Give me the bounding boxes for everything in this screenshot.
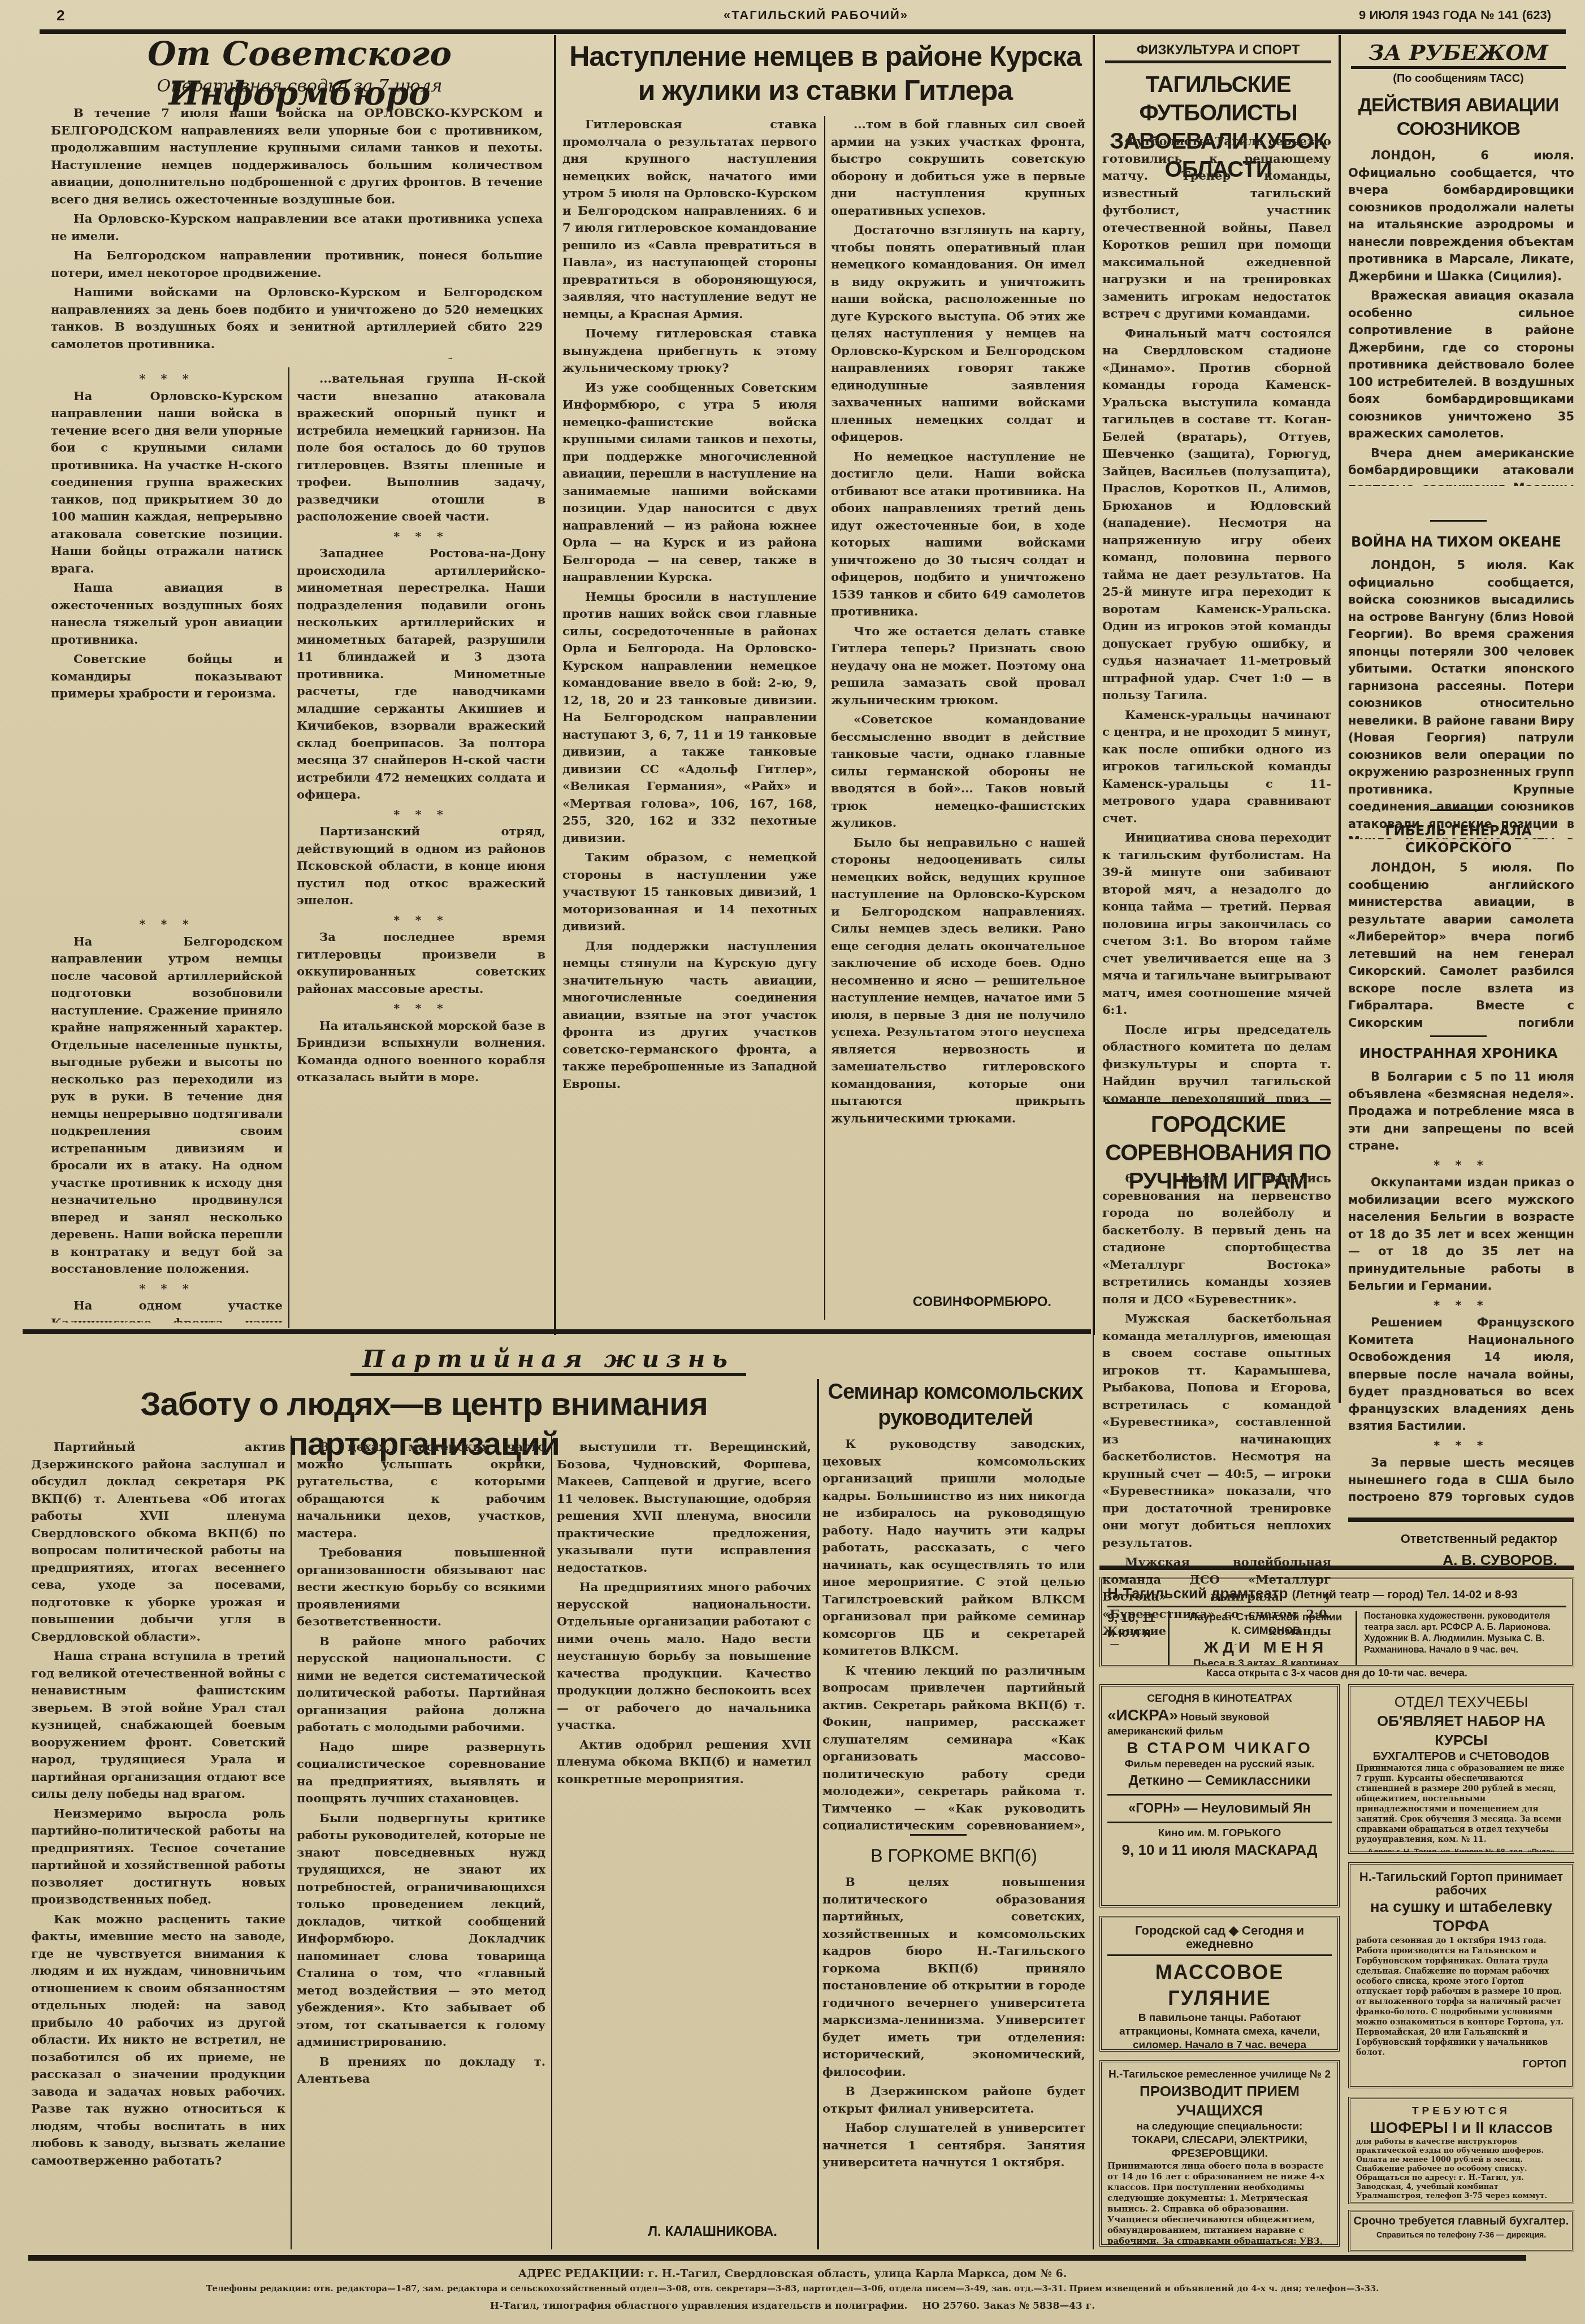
ad-gortop: Н.-Тагильский Гортоп принимает рабочих н…: [1348, 1862, 1574, 2088]
paragraph: Каменск-уральцы начинают с центра, и не …: [1102, 706, 1331, 827]
abroad-title2: ВОЙНА НА ТИХОМ ОКЕАНЕ: [1351, 534, 1577, 550]
column-divider: [288, 367, 289, 1328]
footer-printer: Н-Тагил, типография областного управлени…: [0, 2300, 1585, 2312]
garden-body: В павильоне танцы. Работают аттракционы,…: [1107, 2011, 1332, 2052]
footer-printer-text: Н-Тагил, типография областного управлени…: [490, 2300, 908, 2312]
theater-box-office: Касса открыта с 3-х часов дня до 10-ти ч…: [1099, 1667, 1574, 1679]
column-divider: [1093, 1334, 1094, 2249]
paragraph: Вражеская авиация оказала особенно сильн…: [1348, 287, 1574, 443]
editor-label: Ответственный редактор: [1348, 1532, 1557, 1546]
paragraph: Мужская баскетбольная команда металлурго…: [1102, 1310, 1331, 1551]
school-body: Принимаются лица обоего пола в возрасте …: [1107, 2161, 1332, 2247]
abroad-section-label: ЗА РУБЕЖОМ: [1351, 40, 1566, 69]
ad-garden: Городской сад ◆ Сегодня и ежедневно МАСС…: [1099, 1916, 1340, 2052]
column-divider: [824, 116, 825, 1320]
cinema-film-note: Фильм переведен на русский язык.: [1107, 1758, 1332, 1771]
ad-drivers: ТРЕБУЮТСЯ ШОФЕРЫ I и II классов для рабо…: [1348, 2097, 1574, 2204]
abroad-body2: ЛОНДОН, 5 июля. Как официально сообщаетс…: [1348, 557, 1574, 839]
party-col3: выступили тт. Верещинский, Бозова, Чудно…: [557, 1438, 811, 2207]
paragraph: За последнее время гитлеровцы произвели …: [297, 929, 545, 998]
paragraph: выступили тт. Верещинский, Бозова, Чудно…: [557, 1438, 811, 1576]
paragraph: К чтению лекций по различным вопросам пр…: [822, 1662, 1085, 1832]
kursk-col1: Гитлеровская ставка промолчала о результ…: [562, 116, 817, 1320]
abroad-body3: ЛОНДОН, 5 июля. По сообщению английского…: [1348, 859, 1574, 1029]
section-rule: [1430, 809, 1487, 811]
paragraph: Неизмеримо выросла роль партийно-политич…: [31, 1805, 285, 1909]
paragraph: Но немецкое наступление не достигло цели…: [831, 448, 1085, 621]
paragraph: Надо шире развернуть социалистическое со…: [297, 1738, 545, 1807]
column-divider: [1339, 35, 1341, 1403]
section-rule: [910, 1834, 967, 1836]
theater-play: ЖДИ МЕНЯ: [1176, 1638, 1356, 1657]
techucheba-title: ОБ'ЯВЛЯЕТ НАБОР НА КУРСЫ: [1356, 1711, 1566, 1750]
cinema-kids: Деткино — Семиклассники: [1107, 1771, 1332, 1790]
kursk-title-line1: Наступление немцев в районе Курска: [562, 40, 1088, 73]
paragraph: Актив одобрил решения XVII пленума обком…: [557, 1736, 811, 1788]
paragraph: ЛОНДОН, 5 июля. Как официально сообщаетс…: [1348, 557, 1574, 839]
drivers-title: ШОФЕРЫ I и II классов: [1356, 2118, 1566, 2137]
section-rule: [1430, 520, 1487, 522]
column-divider: [554, 35, 556, 1335]
paragraph: Оккупантами издан приказ о мобилизации в…: [1348, 1174, 1574, 1295]
paragraph: По уточненным данным за 6 июля в воздушн…: [51, 355, 543, 359]
ad-techucheba: ОТДЕЛ ТЕХУЧЕБЫ ОБ'ЯВЛЯЕТ НАБОР НА КУРСЫ …: [1348, 1684, 1574, 1854]
paragraph: На одном участке Калининского фронта наш…: [51, 1297, 283, 1323]
column-divider: [817, 1379, 819, 2249]
paragraph: «Советское командование бессмысленно вво…: [831, 711, 1085, 832]
paragraph: Набор слушателей в университет начнется …: [822, 2119, 1085, 2171]
section-rule: [1348, 1517, 1574, 1522]
paragraph: На Белгородском направлении противник, п…: [51, 247, 543, 281]
paragraph: Были подвергнуты критике работы руководи…: [297, 1810, 545, 2051]
paragraph: В прениях по докладу т. Алентьева: [297, 2053, 545, 2088]
drivers-wanted: ТРЕБУЮТСЯ: [1356, 2105, 1566, 2118]
techucheba-address: Адрес: г. Н.-Тагил, ул. Кирова № 58, тел…: [1356, 1845, 1566, 1854]
column-divider: [1093, 35, 1095, 1335]
abroad-body: ЛОНДОН, 6 июля. Официально сообщается, ч…: [1348, 147, 1574, 486]
paragraph: Почему гитлеровская ставка вынуждена при…: [562, 325, 817, 377]
theater-laureate: Лауреат Сталинской премии: [1176, 1611, 1356, 1624]
paragraph: Партийный актив Дзержинского района засл…: [31, 1438, 285, 1645]
masthead-rule: [40, 29, 1566, 34]
section-rule: [1430, 1035, 1487, 1037]
sport-body: Футболисты Тагила серьезно готовились к …: [1102, 133, 1331, 1102]
paragraph: Немцы бросили в наступление против наших…: [562, 588, 817, 847]
paragraph: Что же остается делать ставке Гитлера те…: [831, 623, 1085, 709]
abroad-title: ДЕЙСТВИЯ АВИАЦИИ СОЮЗНИКОВ: [1351, 93, 1566, 141]
kursk-title-line2: и жулики из ставки Гитлера: [562, 73, 1088, 107]
party-col1: Партийный актив Дзержинского района засл…: [31, 1438, 285, 2247]
footer-rule: [28, 2255, 1526, 2261]
paragraph: Финальный матч состоялся на Свердловском…: [1102, 325, 1331, 704]
cinema-gorn: «ГОРН» — Неуловимый Ян: [1107, 1799, 1332, 1818]
paragraph: В течение 7 июля наши войска на ОРЛОВСКО…: [51, 105, 543, 208]
seminar-title: Семинар комсомольских руководителей: [820, 1379, 1091, 1431]
paragraph: Из уже сообщенных Советским Информбюро, …: [562, 379, 817, 586]
theater-venue: (Летний театр — город) Тел. 14-02 и 8-93: [1292, 1589, 1518, 1601]
school-title: ПРОИЗВОДИТ ПРИЕМ УЧАЩИХСЯ: [1107, 2082, 1332, 2120]
theater-month: июля: [1107, 1625, 1168, 1640]
abroad-title3: ГИБЕЛЬ ГЕНЕРАЛА СИКОРСКОГО: [1351, 822, 1566, 856]
seminar-title2: В ГОРКОМЕ ВКП(б): [822, 1845, 1085, 1866]
gortop-title: на сушку и штабелевку ТОРФА: [1356, 1897, 1566, 1936]
newspaper-name: «ТАГИЛЬСКИЙ РАБОЧИЙ»: [724, 8, 908, 23]
drivers-body: для работы в качестве инструкторов практ…: [1356, 2137, 1566, 2201]
theater-name: Н-Тагильский драмтеатр: [1107, 1585, 1288, 1602]
sovinform-col-right: ...вательная группа Н-ской части внезапн…: [297, 370, 545, 1325]
paragraph: Требования повышенной организованности о…: [297, 1544, 545, 1631]
paragraph: Футболисты Тагила серьезно готовились к …: [1102, 133, 1331, 323]
paragraph: Наша авиация в ожесточенных воздушных бо…: [51, 579, 283, 648]
paragraph: В районе много рабочих нерусской национа…: [297, 1633, 545, 1736]
paragraph: Инициатива снова переходит к тагильским …: [1102, 829, 1331, 1019]
sovinform-lead: В течение 7 июля наши войска на ОРЛОВСКО…: [51, 105, 543, 359]
gortop-header: Н.-Тагильский Гортоп принимает рабочих: [1356, 1870, 1566, 1897]
gortop-body: работа сезонная до 1 октября 1943 года. …: [1356, 1936, 1566, 2058]
theater-play-note: Пьеса в 3 актах, 8 картинах: [1176, 1657, 1356, 1667]
kursk-signature: СОВИНФОРМБЮРО.: [831, 1294, 1074, 1310]
paragraph: Таким образом, с немецкой стороны в наст…: [562, 849, 817, 935]
paragraph: Для поддержки наступления немцы стянули …: [562, 938, 817, 1093]
techucheba-subtitle: БУХГАЛТЕРОВ и СЧЕТОВОДОВ: [1356, 1750, 1566, 1763]
column-divider: [291, 1436, 292, 2249]
paragraph: На Орловско-Курском направлении все атак…: [51, 210, 543, 245]
garden-header: Городской сад ◆ Сегодня и ежедневно: [1107, 1924, 1332, 1951]
paragraph: Гитлеровская ставка промолчала о результ…: [562, 116, 817, 323]
party-signature: Л. КАЛАШНИКОВА.: [557, 2224, 800, 2240]
paragraph: ...вательная группа Н-ской части внезапн…: [297, 370, 545, 526]
party-col2: В цехах, мастерских часто можно услышать…: [297, 1438, 545, 2247]
paragraph: На Белгородском направлении утром немцы …: [51, 933, 283, 1278]
ad-theater: Н-Тагильский драмтеатр (Летний театр — г…: [1099, 1577, 1574, 1667]
page-number: 2: [57, 7, 64, 24]
section-rule: [1105, 1102, 1331, 1104]
paragraph: Западнее Ростова-на-Дону происходила арт…: [297, 545, 545, 804]
paragraph: В Болгарии с 5 по 11 июля объявлена «без…: [1348, 1068, 1574, 1155]
sovinform-col-left-b: * * * На Белгородском направлении утром …: [51, 916, 283, 1323]
theater-credits: Постановка художественн. руководителя те…: [1364, 1611, 1566, 1667]
paragraph: Партизанский отряд, действующий в одном …: [297, 823, 545, 909]
column-divider: [551, 1436, 552, 2249]
seminar-body2: В целях повышения политического образова…: [822, 1874, 1085, 2247]
paragraph: Как можно расценить такие факты, имевшие…: [31, 1911, 285, 2170]
paragraph: К руководству заводских, цеховых комсомо…: [822, 1436, 1085, 1660]
section-rule: [1099, 1566, 1574, 1570]
paragraph: В цехах, мастерских часто можно услышать…: [297, 1438, 545, 1542]
sovinform-title: От Советского Информбюро: [57, 34, 543, 113]
kursk-col2: ...том в бой главных сил своей армии на …: [831, 116, 1085, 1280]
cinema-header: СЕГОДНЯ В КИНОТЕАТРАХ: [1107, 1692, 1332, 1706]
cinema-iskra: «ИСКРА»: [1107, 1706, 1178, 1724]
paragraph: Вчера днем американские бомбардировщики …: [1348, 445, 1574, 487]
ad-cinema: СЕГОДНЯ В КИНОТЕАТРАХ «ИСКРА» Новый звук…: [1099, 1684, 1340, 1907]
footer-phones: Телефоны редакции: отв. редактора—1-87, …: [0, 2283, 1585, 2293]
section-rule: [23, 1329, 1091, 1334]
footer-address: АДРЕС РЕДАКЦИИ: г. Н.-Тагил, Свердловска…: [0, 2267, 1585, 2280]
paragraph: Советские бойцы и командиры показывают п…: [51, 651, 283, 703]
paragraph: Нашими войсками на Орловско-Курском и Бе…: [51, 284, 543, 353]
paragraph: Достаточно взглянуть на карту, чтобы пон…: [831, 222, 1085, 446]
paragraph: Решением Французского Комитета Националь…: [1348, 1314, 1574, 1435]
abroad-title4: ИНОСТРАННАЯ ХРОНИКА: [1351, 1046, 1566, 1061]
newspaper-page: 2 «ТАГИЛЬСКИЙ РАБОЧИЙ» 9 ИЮЛЯ 1943 ГОДА …: [0, 0, 1585, 2324]
abroad-body4: В Болгарии с 5 по 11 июля объявлена «без…: [1348, 1068, 1574, 1503]
paragraph: На Орловско-Курском направлении наши вой…: [51, 388, 283, 578]
cinema-gorky-show: 9, 10 и 11 июля МАСКАРАД: [1107, 1840, 1332, 1859]
accountant-title: Срочно требуется главный бухгалтер.: [1353, 2214, 1570, 2228]
sport-body2: 6 июля начались соревнования на первенст…: [1102, 1170, 1331, 1645]
accountant-body: Справиться по телефону 7-36 — дирекция.: [1353, 2228, 1570, 2241]
paragraph: Наша страна вступила в третий год велико…: [31, 1647, 285, 1803]
paragraph: За первые шесть месяцев нынешнего года в…: [1348, 1454, 1574, 1503]
abroad-source: (По сообщениям ТАСС): [1351, 72, 1566, 85]
gortop-signature: ГОРТОП: [1356, 2058, 1566, 2071]
paragraph: ...том в бой главных сил своей армии на …: [831, 116, 1085, 219]
cinema-film: В СТАРОМ ЧИКАГО: [1107, 1738, 1332, 1758]
school-header: Н.-Тагильское ремесленное училище № 2: [1107, 2068, 1332, 2082]
paragraph: В Дзержинском районе будет открыт филиал…: [822, 2083, 1085, 2117]
paragraph: На предприятиях много рабочих нерусской …: [557, 1579, 811, 1734]
techucheba-header: ОТДЕЛ ТЕХУЧЕБЫ: [1356, 1692, 1566, 1711]
paragraph: Было бы неправильно с нашей стороны недо…: [831, 834, 1085, 1128]
footer-order: НО 25760. Заказ № 5838—43 г.: [922, 2300, 1095, 2312]
party-section-label: Партийная жизнь: [350, 1345, 746, 1376]
paragraph: После игры председатель областного комит…: [1102, 1021, 1331, 1103]
sovinform-col-left: * * * На Орловско-Курском направлении на…: [51, 370, 283, 913]
paragraph: В целях повышения политического образова…: [822, 1874, 1085, 2080]
seminar-body: К руководству заводских, цеховых комсомо…: [822, 1436, 1085, 1831]
paragraph: На итальянской морской базе в Бриндизи в…: [297, 1017, 545, 1086]
school-specialties: ТОКАРИ, СЛЕСАРИ, ЭЛЕКТРИКИ, ФРЕЗЕРОВЩИКИ…: [1107, 2134, 1332, 2161]
issue-date: 9 ИЮЛЯ 1943 ГОДА № 141 (623): [1359, 8, 1551, 23]
ad-school: Н.-Тагильское ремесленное училище № 2 ПР…: [1099, 2060, 1340, 2247]
sovinform-subtitle: Оперативная сводка за 7 июля: [57, 76, 543, 96]
school-specialties-label: на следующие специальности:: [1107, 2120, 1332, 2134]
paragraph: 6 июля начались соревнования на первенст…: [1102, 1170, 1331, 1308]
ad-accountant: Срочно требуется главный бухгалтер. Спра…: [1348, 2210, 1574, 2252]
theater-author: К. СИМОНОВ: [1176, 1624, 1356, 1638]
masthead: 2 «ТАГИЛЬСКИЙ РАБОЧИЙ» 9 ИЮЛЯ 1943 ГОДА …: [23, 7, 1562, 29]
paragraph: ЛОНДОН, 5 июля. По сообщению английского…: [1348, 859, 1574, 1029]
theater-dates: 9, 10, 11: [1107, 1611, 1168, 1625]
sport-section-label: ФИЗКУЛЬТУРА И СПОРТ: [1105, 42, 1331, 63]
cinema-gorky: Кино им. М. ГОРЬКОГО: [1107, 1827, 1332, 1840]
techucheba-body: Принимаются лица с образованием не ниже …: [1356, 1763, 1566, 1845]
garden-title: МАССОВОЕ ГУЛЯНИЕ: [1107, 1959, 1332, 2011]
paragraph: ЛОНДОН, 6 июля. Официально сообщается, ч…: [1348, 147, 1574, 285]
